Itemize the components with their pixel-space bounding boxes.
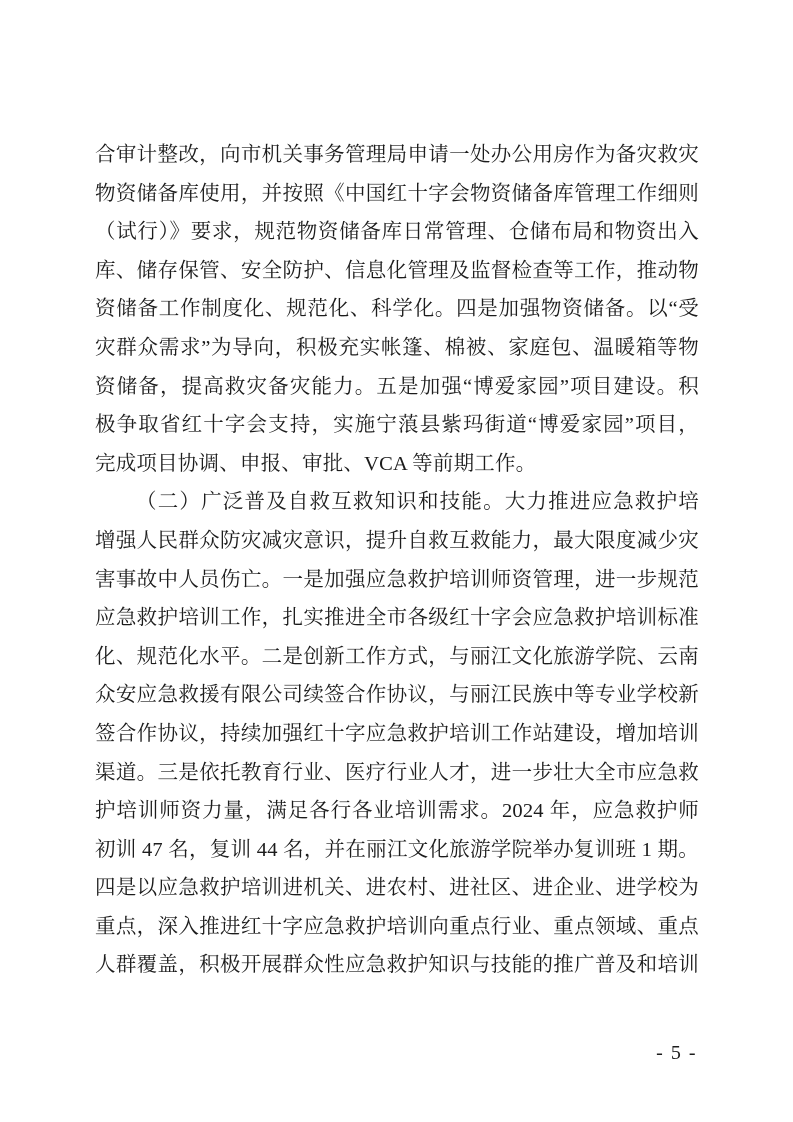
text-line: 极争取省红十字会支持，实施宁蒗县紫玛街道“博爱家园”项目， — [95, 406, 699, 445]
text-line: 护培训师资力量，满足各行各业培训需求。2024 年，应急救护师资 — [95, 792, 699, 831]
text-line: 资储备工作制度化、规范化、科学化。四是加强物资储备。以“受 — [95, 290, 699, 329]
text-line: 增强人民群众防灾减灾意识，提升自救互救能力，最大限度减少灾 — [95, 522, 699, 561]
text-line: （试行）》要求，规范物资储备库日常管理、仓储布局和物资出入 — [95, 213, 699, 252]
text-line: 害事故中人员伤亡。一是加强应急救护培训师资管理，进一步规范 — [95, 561, 699, 600]
text-line: 物资储备库使用，并按照《中国红十字会物资储备库管理工作细则 — [95, 175, 699, 214]
text-line: 化、规范化水平。二是创新工作方式，与丽江文化旅游学院、云南 — [95, 638, 699, 677]
text-line: 初训 47 名，复训 44 名，并在丽江文化旅游学院举办复训班 1 期。 — [95, 831, 699, 870]
text-line: 众安应急救援有限公司续签合作协议，与丽江民族中等专业学校新 — [95, 676, 699, 715]
text-line: 合审计整改，向市机关事务管理局申请一处办公用房作为备灾救灾 — [95, 136, 699, 175]
text-line: 重点，深入推进红十字应急救护培训向重点行业、重点领域、重点 — [95, 908, 699, 947]
text-line: 四是以应急救护培训进机关、进农村、进社区、进企业、进学校为 — [95, 869, 699, 908]
text-line: 应急救护培训工作，扎实推进全市各级红十字会应急救护培训标准 — [95, 599, 699, 638]
text-line: 资储备，提高救灾备灾能力。五是加强“博爱家园”项目建设。积 — [95, 368, 699, 407]
text-line: 渠道。三是依托教育行业、医疗行业人才，进一步壮大全市应急救 — [95, 754, 699, 793]
text-line: 库、储存保管、安全防护、信息化管理及监督检查等工作，推动物 — [95, 252, 699, 291]
text-line: 人群覆盖，积极开展群众性应急救护知识与技能的推广普及和培训 — [95, 946, 699, 985]
body-text: 合审计整改，向市机关事务管理局申请一处办公用房作为备灾救灾 物资储备库使用，并按… — [95, 136, 699, 985]
text-line: 灾群众需求”为导向，积极充实帐篷、棉被、家庭包、温暖箱等物 — [95, 329, 699, 368]
document-page: 合审计整改，向市机关事务管理局申请一处办公用房作为备灾救灾 物资储备库使用，并按… — [0, 0, 793, 1122]
text-line-paragraph-start: （二）广泛普及自救互救知识和技能。大力推进应急救护培训， — [95, 483, 699, 522]
page-number: - 5 - — [656, 1041, 697, 1065]
text-line-paragraph-end: 完成项目协调、申报、审批、VCA 等前期工作。 — [95, 445, 699, 484]
text-line: 签合作协议，持续加强红十字应急救护培训工作站建设，增加培训 — [95, 715, 699, 754]
